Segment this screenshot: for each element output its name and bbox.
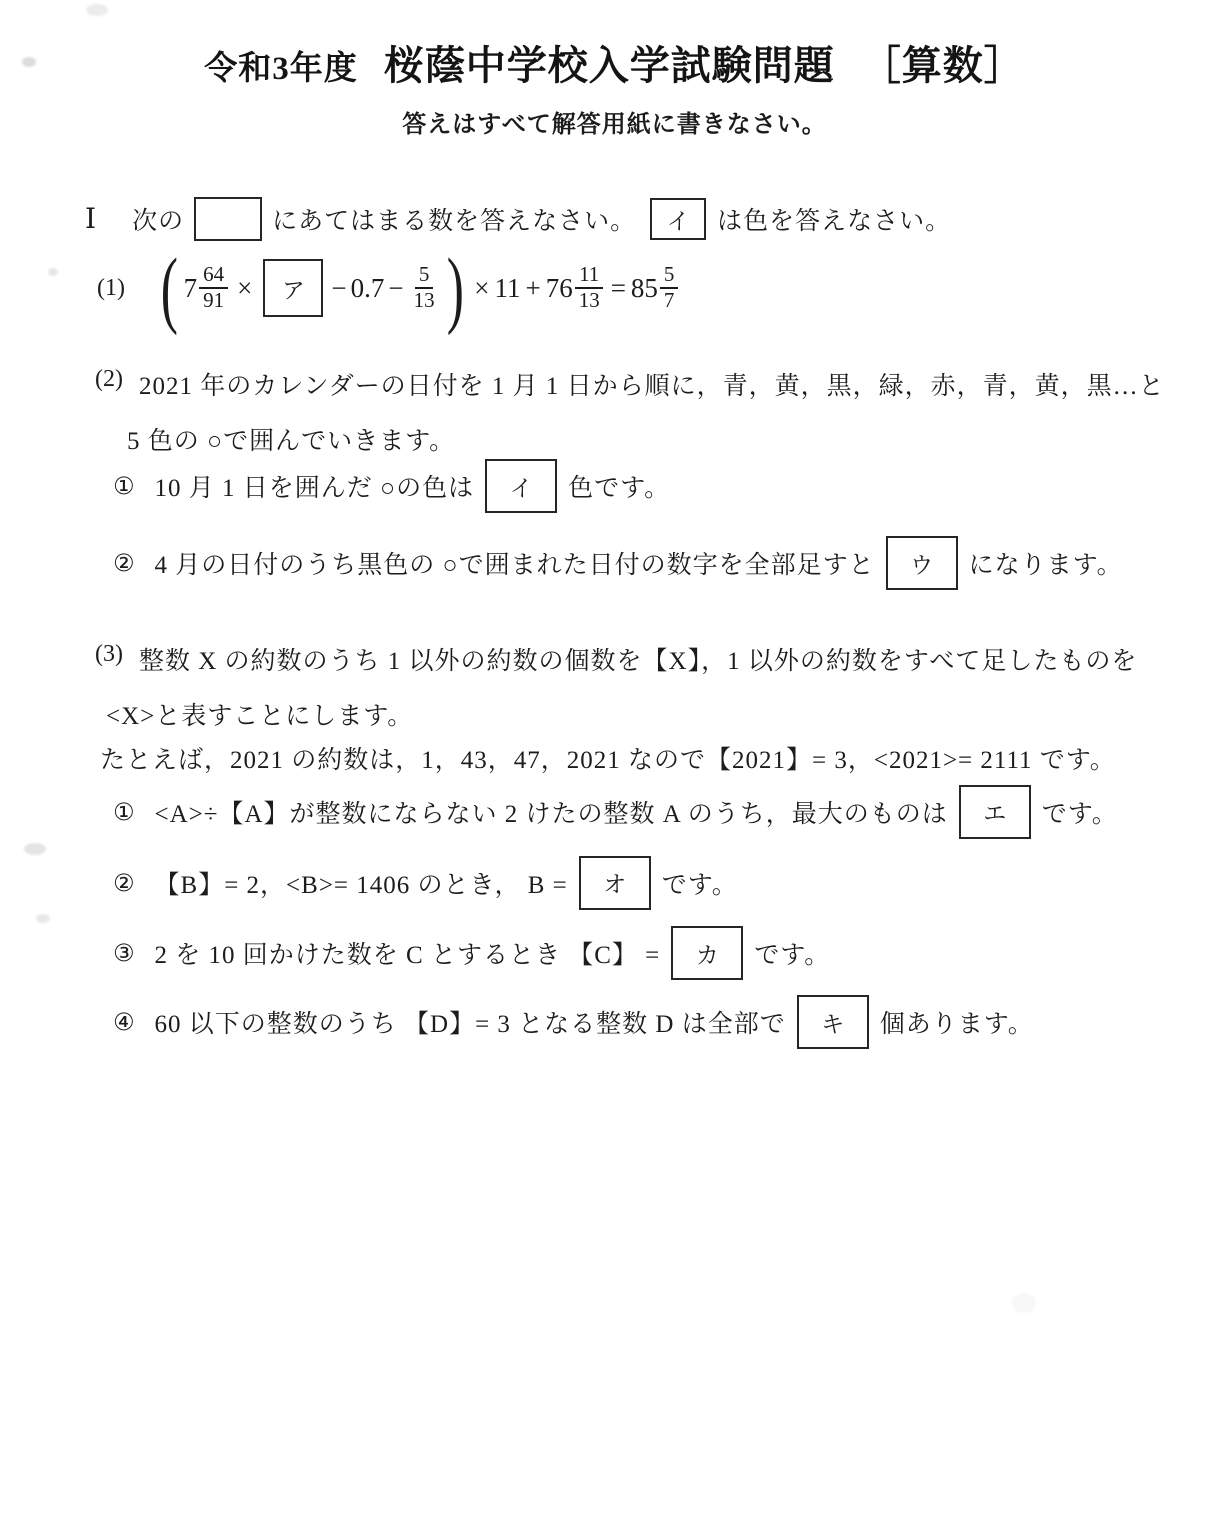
q2-item1-row: ① 10 月 1 日を囲んだ ○の色は イ 色です。 (113, 460, 670, 512)
mixed-number-1: 7 64 91 (184, 263, 231, 312)
mixed2-numerator: 11 (575, 263, 603, 289)
answer-box-i-heading-label: イ (667, 203, 690, 236)
integer-11: 11 (494, 273, 520, 304)
decimal-value: 0.7 (351, 273, 385, 304)
answer-box-o-label: オ (603, 866, 626, 899)
scan-artifact (1012, 1293, 1036, 1313)
mixed1-fraction: 64 91 (199, 263, 228, 312)
q2-item2-row: ② 4 月の日付のうち黒色の ○で囲まれた日付の数字を全部足すと ウ になります… (113, 536, 1123, 590)
q3-item4-suffix: 個あります。 (880, 1004, 1034, 1040)
answer-box-a-label: ア (282, 272, 305, 305)
fraction-2: 5 13 (410, 263, 439, 312)
subject-label: ［算数］ (861, 34, 1025, 91)
intro-text-after: は色を答えなさい。 (717, 201, 951, 237)
era-year: 令和3年度 (204, 42, 358, 89)
answer-box-ki-label: キ (821, 1006, 844, 1039)
q3-line2: <X>と表すことにします。 (106, 696, 413, 732)
mixed1-whole: 7 (184, 273, 198, 304)
times-operator-2: × (474, 273, 489, 304)
q3-item3-row: ③ 2 を 10 回かけた数を C とするとき 【C】 = カ です。 (113, 928, 830, 978)
answer-box-i: イ (485, 459, 557, 513)
q3-item1-text: <A>÷【A】が整数にならない 2 けたの整数 A のうち，最大のものは (155, 794, 948, 830)
fraction2-numerator: 5 (415, 263, 434, 289)
q3-line1: 整数 X の約数のうち 1 以外の約数の個数を【X】，1 以外の約数をすべて足し… (139, 641, 1137, 677)
answer-box-ka: カ (671, 926, 743, 980)
q3-item1-row: ① <A>÷【A】が整数にならない 2 けたの整数 A のうち，最大のものは エ… (113, 785, 1118, 838)
q3-label: (3) (95, 641, 123, 668)
question2-intro: (2) 2021 年のカレンダーの日付を 1 月 1 日から順に，青，黄，黒，緑… (95, 366, 1165, 402)
q2-item1-marker: ① (113, 472, 135, 500)
mixed3-denominator: 7 (660, 289, 679, 313)
q2-item2-marker: ② (113, 549, 135, 577)
q3-item3-text: 2 を 10 回かけた数を C とするとき 【C】 = (155, 935, 661, 971)
q3-item4-marker: ④ (113, 1008, 135, 1036)
scan-artifact (22, 57, 36, 67)
scan-artifact (48, 268, 58, 276)
times-operator-1: × (237, 273, 252, 304)
mixed1-numerator: 64 (199, 263, 228, 289)
scan-artifact (36, 914, 50, 923)
mixed1-denominator: 91 (199, 289, 228, 313)
mixed3-numerator: 5 (660, 263, 679, 289)
mixed3-whole: 85 (631, 273, 658, 304)
answer-box-i-heading: イ (650, 198, 706, 240)
q3-item3-suffix: です。 (754, 935, 830, 971)
intro-text-before: 次の (132, 201, 184, 237)
question1-row: (1) ( 7 64 91 × ア − 0.7 − 5 13 ) × 11 + (97, 250, 680, 326)
answer-box-e-label: エ (983, 795, 1006, 828)
scan-artifact (86, 4, 108, 16)
mixed-number-2: 76 11 13 (546, 263, 606, 312)
school-title: 桜蔭中学校入学試験問題 (384, 34, 835, 91)
q2-item1-text: 10 月 1 日を囲んだ ○の色は (155, 468, 475, 504)
answer-box-a: ア (263, 259, 323, 317)
page-title: 令和3年度 桜蔭中学校入学試験問題 ［算数］ (0, 34, 1229, 91)
q1-label: (1) (97, 275, 125, 302)
minus-operator-2: − (388, 273, 403, 304)
q2-item2-suffix: になります。 (969, 545, 1123, 581)
q3-item1-suffix: です。 (1042, 794, 1118, 830)
q3-item1-marker: ① (113, 798, 135, 826)
answer-box-o: オ (579, 856, 651, 910)
mixed-number-3: 85 5 7 (631, 263, 681, 312)
intro-text-mid: にあてはまる数を答えなさい。 (272, 201, 636, 237)
q2-label: (2) (95, 366, 123, 393)
plus-operator: + (525, 273, 540, 304)
answer-box-u-label: ウ (910, 547, 933, 580)
section-numeral: Ⅰ (85, 202, 96, 236)
answer-box-ka-label: カ (696, 937, 719, 970)
q3-item4-row: ④ 60 以下の整数のうち 【D】= 3 となる整数 D は全部で キ 個ありま… (113, 997, 1034, 1047)
q3-line3: たとえば，2021 の約数は，1，43，47，2021 なので【2021】= 3… (100, 740, 1116, 776)
q1-formula: ( 7 64 91 × ア − 0.7 − 5 13 ) × 11 + 76 (155, 259, 680, 317)
scan-artifact (24, 843, 46, 855)
answer-box-e: エ (959, 785, 1031, 839)
blank-answer-box (194, 197, 262, 241)
q3-item2-row: ② 【B】= 2，<B>= 1406 のとき， B = オ です。 (113, 857, 738, 908)
question3-intro: (3) 整数 X の約数のうち 1 以外の約数の個数を【X】，1 以外の約数をす… (95, 641, 1137, 677)
minus-operator-1: − (331, 273, 346, 304)
mixed3-fraction: 5 7 (660, 263, 679, 312)
answer-box-ki: キ (797, 995, 869, 1049)
q2-line2: 5 色の ○で囲んでいきます。 (127, 421, 455, 457)
q2-item1-suffix: 色です。 (568, 468, 670, 504)
answer-instruction: 答えはすべて解答用紙に書きなさい。 (0, 104, 1229, 139)
q3-item2-suffix: です。 (662, 865, 738, 901)
q3-item2-text: 【B】= 2，<B>= 1406 のとき， B = (155, 865, 568, 901)
exam-paper-page: 令和3年度 桜蔭中学校入学試験問題 ［算数］ 答えはすべて解答用紙に書きなさい。… (0, 0, 1229, 1524)
section1-heading: Ⅰ 次の にあてはまる数を答えなさい。 イ は色を答えなさい。 (85, 197, 951, 241)
q2-item2-text: 4 月の日付のうち黒色の ○で囲まれた日付の数字を全部足すと (155, 545, 875, 581)
equals-operator: = (611, 273, 626, 304)
q3-item3-marker: ③ (113, 939, 135, 967)
q3-item4-text: 60 以下の整数のうち 【D】= 3 となる整数 D は全部で (155, 1004, 786, 1040)
q3-item2-marker: ② (113, 869, 135, 897)
fraction2-denominator: 13 (410, 289, 439, 313)
mixed2-whole: 76 (546, 273, 573, 304)
mixed2-denominator: 13 (575, 289, 604, 313)
q2-line1: 2021 年のカレンダーの日付を 1 月 1 日から順に，青，黄，黒，緑，赤，青… (139, 366, 1165, 402)
answer-box-i-label: イ (510, 470, 533, 503)
mixed2-fraction: 11 13 (575, 263, 604, 312)
answer-box-u: ウ (886, 536, 958, 590)
